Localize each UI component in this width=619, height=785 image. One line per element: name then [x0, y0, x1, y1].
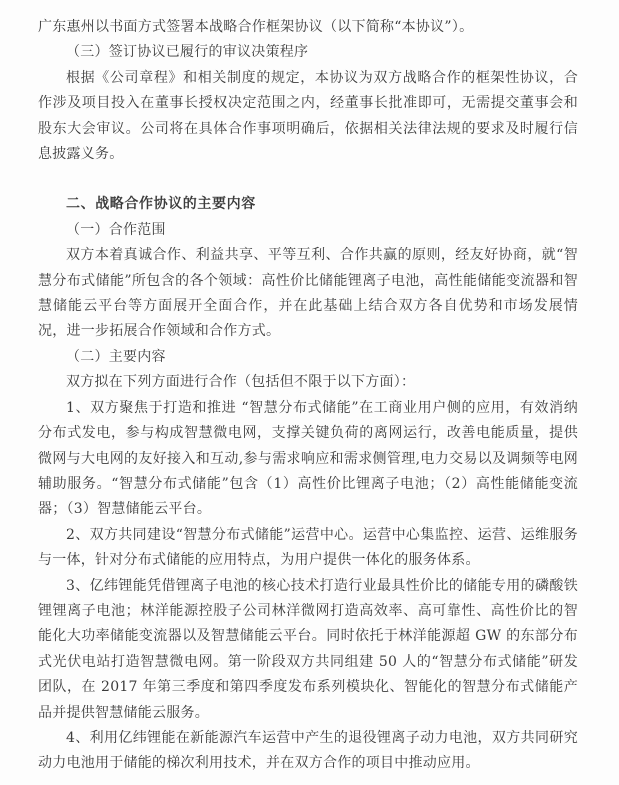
body-paragraph-cooperation-scope: 双方本着真诚合作、利益共享、平等互利、合作共赢的原则，经友好协商，就“智慧分布式… — [38, 243, 578, 345]
list-item-3: 3、亿纬锂能凭借锂离子电池的核心技术打造行业最具性价比的储能专用的磷酸铁锂锂离子… — [38, 574, 578, 726]
subsection-heading-approval-procedure: （三）签订协议已履行的审议决策程序 — [38, 40, 578, 65]
document-page: 广东惠州以书面方式签署本战略合作框架协议（以下简称“本协议”）。 （三）签订协议… — [0, 0, 619, 785]
subsection-heading-cooperation-scope: （一）合作范围 — [38, 218, 578, 243]
body-paragraph-items-intro: 双方拟在下列方面进行合作（包括但不限于以下方面）： — [38, 370, 578, 395]
subsection-heading-main-items: （二）主要内容 — [38, 345, 578, 370]
continuation-paragraph: 广东惠州以书面方式签署本战略合作框架协议（以下简称“本协议”）。 — [38, 15, 578, 40]
list-item-4: 4、利用亿纬锂能在新能源汽车运营中产生的退役锂离子动力电池，双方共同研究动力电池… — [38, 726, 578, 777]
list-item-1: 1、双方聚焦于打造和推进 “智慧分布式储能”在工商业用户侧的应用，有效消纳分布式… — [38, 396, 578, 523]
body-paragraph-approval-details: 根据《公司章程》和相关制度的规定，本协议为双方战略合作的框架性协议，合作涉及项目… — [38, 66, 578, 168]
list-item-2: 2、双方共同建设“智慧分布式储能”运营中心。运营中心集监控、运营、运维服务与一体… — [38, 523, 578, 574]
section-heading-main-content: 二、战略合作协议的主要内容 — [38, 192, 578, 217]
